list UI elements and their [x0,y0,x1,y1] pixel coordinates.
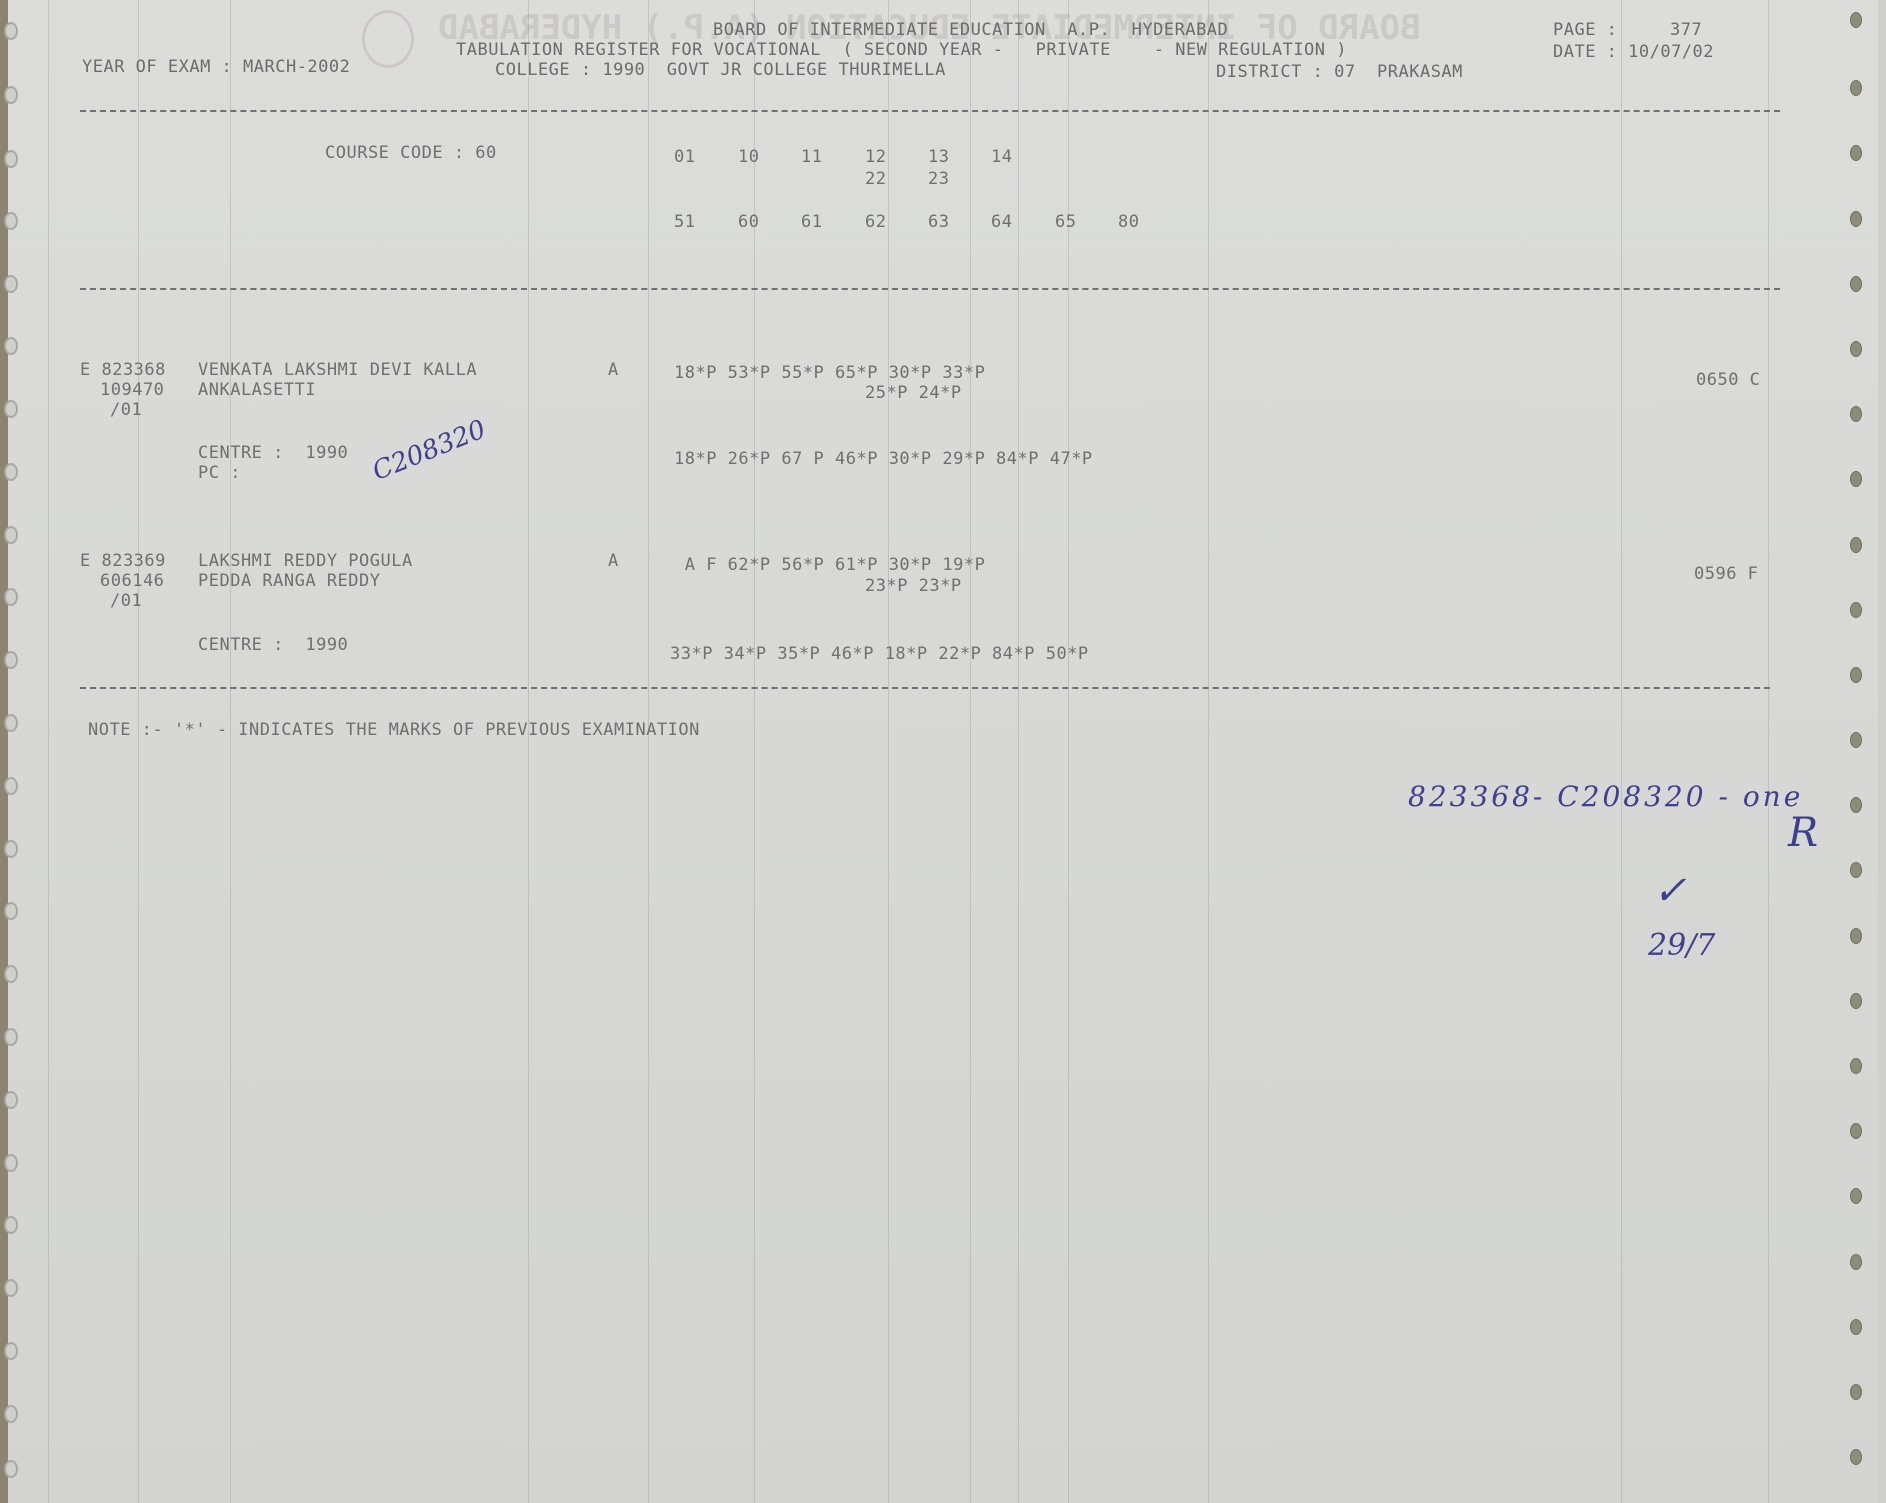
subject-code: 60 [738,212,759,232]
category: A [608,551,619,571]
subject-code: 62 [865,212,886,232]
feed-hole [4,840,18,858]
course-code: COURSE CODE : 60 [325,143,497,163]
feed-hole [4,463,18,481]
subject-code: 61 [801,212,822,232]
feed-hole [4,212,18,230]
feed-hole [4,150,18,168]
feed-hole [1850,1188,1862,1204]
handwritten-date: 29/7 [1648,928,1715,963]
roll-number: 606146 [100,571,164,591]
ruling-line [648,0,649,1503]
feed-hole [1850,537,1862,553]
feed-hole [1850,928,1862,944]
roll-suffix: /01 [110,400,142,420]
total-result: 0596 F [1694,564,1758,584]
feed-hole [4,714,18,732]
feed-hole [4,400,18,418]
feed-hole [1850,1449,1862,1465]
total-result: 0650 C [1696,370,1760,390]
subject-code: 23 [928,169,949,189]
ruling-line [138,0,139,1503]
subject-code: 64 [991,212,1012,232]
feed-hole [4,86,18,104]
feed-hole [4,1154,18,1172]
college-line: COLLEGE : 1990 GOVT JR COLLEGE THURIMELL… [495,60,946,80]
ruling-line [528,0,529,1503]
district-line: DISTRICT : 07 PRAKASAM [1216,62,1463,82]
dashed-rule [80,687,1770,689]
feed-hole [4,275,18,293]
feed-hole [1850,667,1862,683]
feed-hole [1850,80,1862,96]
feed-hole [1850,602,1862,618]
feed-hole [4,1460,18,1478]
hall-ticket-number: E 823368 [80,360,166,380]
handwritten-reference: 823368- C208320 - one [1408,780,1803,813]
feed-hole [4,22,18,40]
feed-hole [4,337,18,355]
feed-hole [4,526,18,544]
page-number: 377 [1670,20,1702,40]
year-of-exam: YEAR OF EXAM : MARCH-2002 [82,57,350,77]
roll-suffix: /01 [110,591,142,611]
feed-hole [1850,406,1862,422]
marks-row: 18*P 53*P 55*P 65*P 30*P 33*P [674,363,985,383]
subject-code: 65 [1055,212,1076,232]
feed-hole [1850,471,1862,487]
feed-hole [1850,1319,1862,1335]
subject-code: 51 [674,212,695,232]
board-title: BOARD OF INTERMEDIATE EDUCATION A.P. HYD… [713,20,1228,40]
feed-hole [1850,1384,1862,1400]
ruling-line [1621,0,1622,1503]
marks-row: 18*P 26*P 67 P 46*P 30*P 29*P 84*P 47*P [674,449,1093,469]
dashed-rule [80,110,1780,112]
pc-label: PC : [198,463,241,483]
tractor-feed-holes-left [4,0,34,1503]
ruling-line [230,0,231,1503]
feed-hole [1850,145,1862,161]
subject-code: 80 [1118,212,1139,232]
feed-hole [1850,797,1862,813]
feed-hole [1850,276,1862,292]
print-date: DATE : 10/07/02 [1553,42,1714,62]
centre: CENTRE : 1990 [198,443,348,463]
footnote: NOTE :- '*' - INDICATES THE MARKS OF PRE… [88,720,700,740]
feed-hole [4,1216,18,1234]
feed-hole [4,1342,18,1360]
feed-hole [1850,1058,1862,1074]
feed-hole [1850,1123,1862,1139]
marks-row: 33*P 34*P 35*P 46*P 18*P 22*P 84*P 50*P [670,644,1089,664]
feed-hole [1850,993,1862,1009]
feed-hole [1850,211,1862,227]
subject-code: 14 [991,147,1012,167]
category: A [608,360,619,380]
page-label: PAGE : [1553,20,1617,40]
feed-hole [4,1279,18,1297]
seal-ghost [362,10,414,68]
student-name: VENKATA LAKSHMI DEVI KALLA [198,360,477,380]
feed-hole [4,1091,18,1109]
ruling-line [888,0,889,1503]
feed-hole [4,965,18,983]
subject-code: 13 [928,147,949,167]
student-name: LAKSHMI REDDY POGULA [198,551,413,571]
hall-ticket-number: E 823369 [80,551,166,571]
centre: CENTRE : 1990 [198,635,348,655]
father-name: ANKALASETTI [198,380,316,400]
ruling-line [970,0,971,1503]
father-name: PEDDA RANGA REDDY [198,571,381,591]
ruling-line [1018,0,1019,1503]
ruling-line [1208,0,1209,1503]
feed-hole [1850,862,1862,878]
ruling-line [1768,0,1769,1503]
feed-hole [4,1028,18,1046]
marks-row: 25*P 24*P [865,383,962,403]
feed-hole [4,777,18,795]
handwritten-initials: R [1788,810,1818,856]
feed-hole [1850,12,1862,28]
subject-code: 63 [928,212,949,232]
subject-code: 12 [865,147,886,167]
subject-code: 01 [674,147,695,167]
marks-row: A F 62*P 56*P 61*P 30*P 19*P [674,555,985,575]
handwritten-certificate-number: C208320 [368,414,490,486]
feed-hole [1850,1254,1862,1270]
feed-hole [1850,732,1862,748]
feed-hole [4,902,18,920]
roll-number: 109470 [100,380,164,400]
subject-code: 22 [865,169,886,189]
feed-hole [4,651,18,669]
dashed-rule [80,288,1780,290]
feed-hole [4,1405,18,1423]
register-title: TABULATION REGISTER FOR VOCATIONAL ( SEC… [456,40,1347,60]
subject-code: 11 [801,147,822,167]
tabulation-register-page: BOARD OF INTERMEDIATE EDUCATION (A.P.) H… [8,0,1878,1503]
tractor-feed-holes-right [1850,0,1880,1503]
handwritten-signature: ✓ [1653,868,1687,914]
feed-hole [4,588,18,606]
subject-code: 10 [738,147,759,167]
ruling-line [48,0,49,1503]
feed-hole [1850,341,1862,357]
marks-row: 23*P 23*P [865,576,962,596]
